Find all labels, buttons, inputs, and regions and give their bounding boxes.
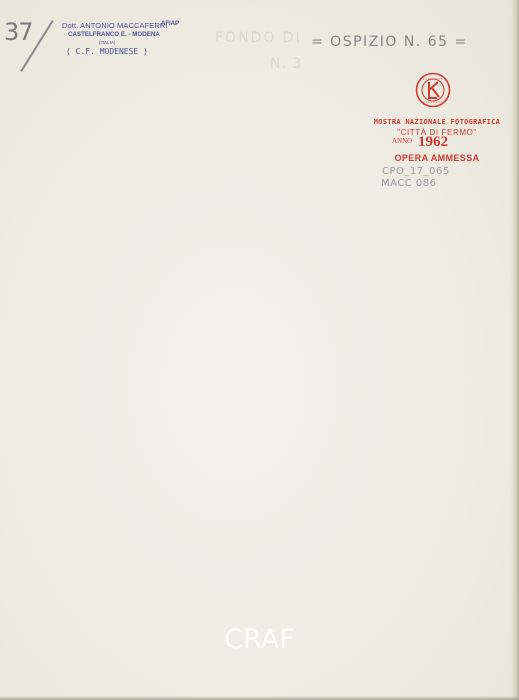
- photographer-name: Dott. ANTONIO MACCAFERRI: [62, 21, 168, 30]
- handwritten-number: 37: [4, 18, 33, 46]
- ghost-mark: N. 3: [270, 56, 302, 72]
- photographer-club: ( C.F. MODENESE ): [66, 47, 148, 56]
- photographer-city: CASTELFRANCO E. - MODENA: [68, 31, 160, 38]
- ghost-mark: FONDO DI: [215, 30, 302, 46]
- exhibition-status: OPERA AMMESSA: [372, 153, 502, 163]
- exhibition-seal-icon: [415, 72, 451, 108]
- paper-edge-shadow: [511, 0, 519, 700]
- watermark: CRAF: [0, 624, 519, 655]
- photographer-country: (ITALIA): [99, 40, 115, 45]
- inventory-code: MACC 086: [381, 178, 437, 189]
- exhibition-anno-label: ANNO: [392, 137, 412, 145]
- paper-edge-bottom: [0, 696, 519, 700]
- photo-title: = OSPIZIO N. 65 =: [311, 34, 468, 50]
- photographer-honor: AFIAP: [161, 21, 179, 27]
- exhibition-year: 1962: [418, 134, 448, 151]
- inventory-code: CPO_17_065: [382, 166, 450, 177]
- photo-back-page: 37 Dott. ANTONIO MACCAFERRI AFIAP CASTEL…: [0, 0, 519, 700]
- exhibition-name: MOSTRA NAZIONALE FOTOGRAFICA: [372, 118, 502, 126]
